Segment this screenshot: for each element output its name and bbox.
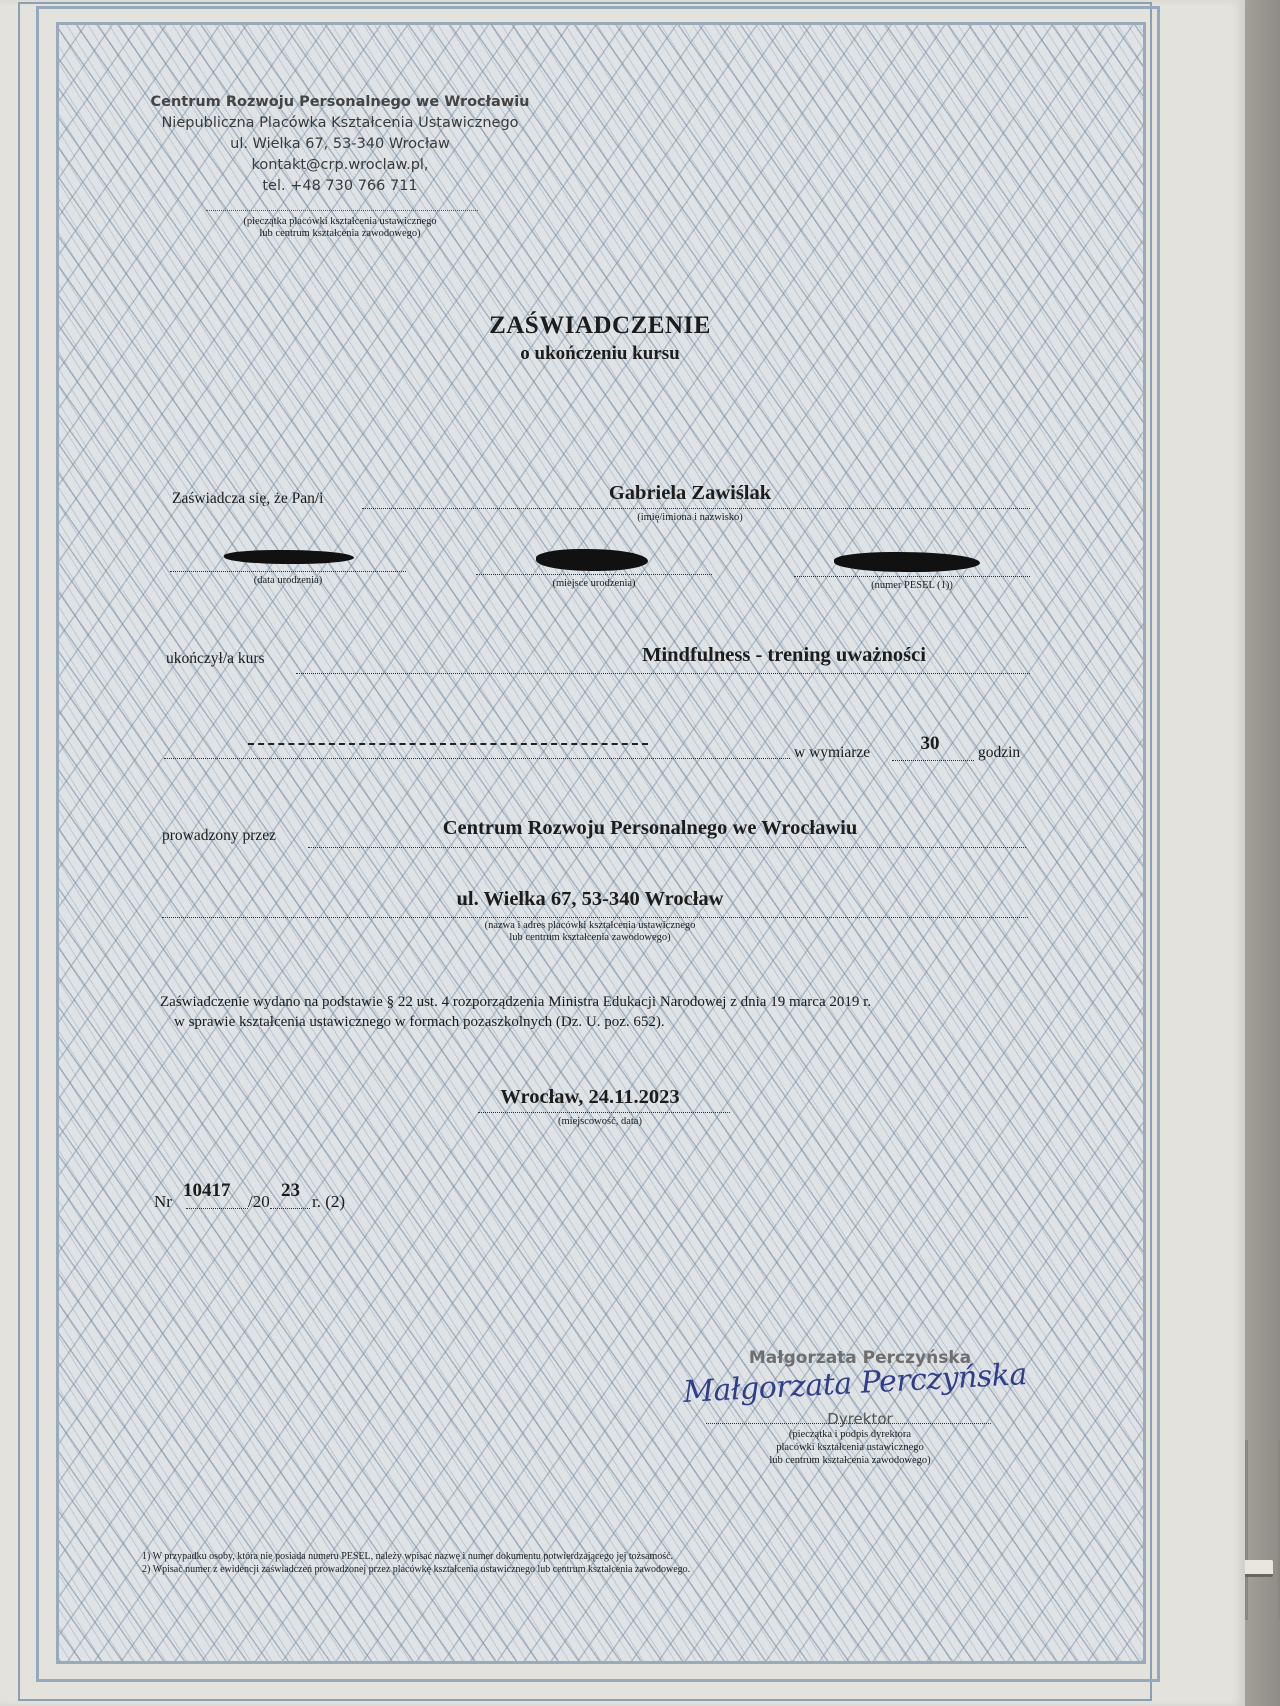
issue-dotted-line bbox=[478, 1112, 730, 1113]
course-continuation-dash bbox=[248, 743, 648, 745]
issue-caption: (miejscowość, data) bbox=[500, 1116, 700, 1127]
provider-label: prowadzony przez bbox=[162, 827, 276, 845]
recipient-caption: (imię/imiona i nazwisko) bbox=[590, 512, 790, 523]
provider-address-dotted-line bbox=[162, 917, 1028, 918]
signature-caption-line: lub centrum kształcenia zawodowego) bbox=[720, 1454, 980, 1467]
signature-role: Dyrektor bbox=[780, 1410, 940, 1428]
number-suffix: r. (2) bbox=[312, 1192, 345, 1212]
course-hours: 30 bbox=[900, 733, 960, 755]
footnote: 2) Wpisać numer z ewidencji zaświadczeń … bbox=[142, 1563, 962, 1576]
issue-place-date: Wrocław, 24.11.2023 bbox=[440, 1086, 740, 1109]
redacted-birth-date bbox=[224, 550, 354, 564]
binder-ring bbox=[1245, 1440, 1280, 1620]
document-title: ZAŚWIADCZENIE bbox=[400, 312, 800, 340]
certificate-number: 10417 bbox=[183, 1180, 231, 1202]
provider-name: Centrum Rozwoju Personalnego we Wrocławi… bbox=[380, 817, 920, 840]
pesel-caption: (numer PESEL (1)) bbox=[814, 580, 1010, 591]
issuer-email: kontakt@crp.wroclaw.pl, bbox=[140, 155, 540, 176]
redacted-pesel bbox=[834, 552, 980, 572]
redacted-birth-place bbox=[536, 549, 648, 571]
provider-caption: (nazwa i adres placówki kształcenia usta… bbox=[400, 920, 780, 944]
birth-date-caption: (data urodzenia) bbox=[190, 575, 386, 586]
birth-date-dotted-line bbox=[170, 571, 406, 572]
number-dotted-line bbox=[186, 1208, 248, 1209]
legal-basis: Zaświadczenie wydano na podstawie § 22 u… bbox=[160, 992, 1040, 1032]
course-dotted-line bbox=[296, 673, 1030, 674]
stamp-caption-line: lub centrum kształcenia zawodowego) bbox=[190, 228, 490, 240]
hours-label: w wymiarze bbox=[794, 744, 870, 762]
birth-place-dotted-line bbox=[476, 574, 712, 575]
certificate-year: 23 bbox=[281, 1180, 300, 1202]
recipient-name: Gabriela Zawiślak bbox=[560, 482, 820, 505]
footnote: 1) W przypadku osoby, która nie posiada … bbox=[142, 1550, 962, 1563]
issuer-name: Centrum Rozwoju Personalnego we Wrocławi… bbox=[140, 92, 540, 113]
document-subtitle: o ukończeniu kursu bbox=[400, 343, 800, 365]
issuer-phone: tel. +48 730 766 711 bbox=[140, 176, 540, 197]
signature-caption-line: (pieczątka i podpis dyrektora bbox=[720, 1428, 980, 1441]
signature-caption-line: placówki kształcenia ustawicznego bbox=[720, 1441, 980, 1454]
pesel-dotted-line bbox=[794, 576, 1030, 577]
footnotes: 1) W przypadku osoby, która nie posiada … bbox=[142, 1550, 962, 1576]
provider-address: ul. Wielka 67, 53-340 Wrocław bbox=[400, 888, 780, 911]
course-continuation-dotted-line bbox=[164, 758, 790, 759]
certificate-content: Centrum Rozwoju Personalnego we Wrocławi… bbox=[0, 0, 1245, 1706]
birth-place-caption: (miejsce urodzenia) bbox=[494, 578, 694, 589]
year-dotted-line bbox=[270, 1208, 310, 1209]
signature-caption: (pieczątka i podpis dyrektora placówki k… bbox=[720, 1428, 980, 1467]
issuer-address: ul. Wielka 67, 53-340 Wrocław bbox=[140, 134, 540, 155]
legal-basis-line: Zaświadczenie wydano na podstawie § 22 u… bbox=[160, 992, 1040, 1012]
issuer-type: Niepubliczna Placówka Kształcenia Ustawi… bbox=[140, 113, 540, 134]
hours-unit: godzin bbox=[978, 744, 1020, 762]
stamp-caption: (pieczątka placówki kształcenia ustawicz… bbox=[190, 216, 490, 240]
provider-caption-line: lub centrum kształcenia zawodowego) bbox=[400, 932, 780, 944]
course-name: Mindfulness - trening uważności bbox=[574, 644, 994, 667]
stamp-dotted-line bbox=[206, 210, 478, 211]
course-label: ukończył/a kurs bbox=[166, 650, 265, 668]
stamp-caption-line: (pieczątka placówki kształcenia ustawicz… bbox=[190, 216, 490, 228]
hours-dotted-line bbox=[892, 760, 974, 761]
number-prefix: Nr bbox=[154, 1192, 172, 1212]
issuer-stamp: Centrum Rozwoju Personalnego we Wrocławi… bbox=[140, 92, 540, 197]
provider-dotted-line bbox=[308, 847, 1026, 848]
legal-basis-line: w sprawie kształcenia ustawicznego w for… bbox=[160, 1012, 1040, 1032]
provider-caption-line: (nazwa i adres placówki kształcenia usta… bbox=[400, 920, 780, 932]
year-prefix: /20 bbox=[248, 1192, 270, 1212]
recipient-label: Zaświadcza się, że Pan/i bbox=[172, 490, 324, 508]
recipient-dotted-line bbox=[362, 508, 1030, 509]
